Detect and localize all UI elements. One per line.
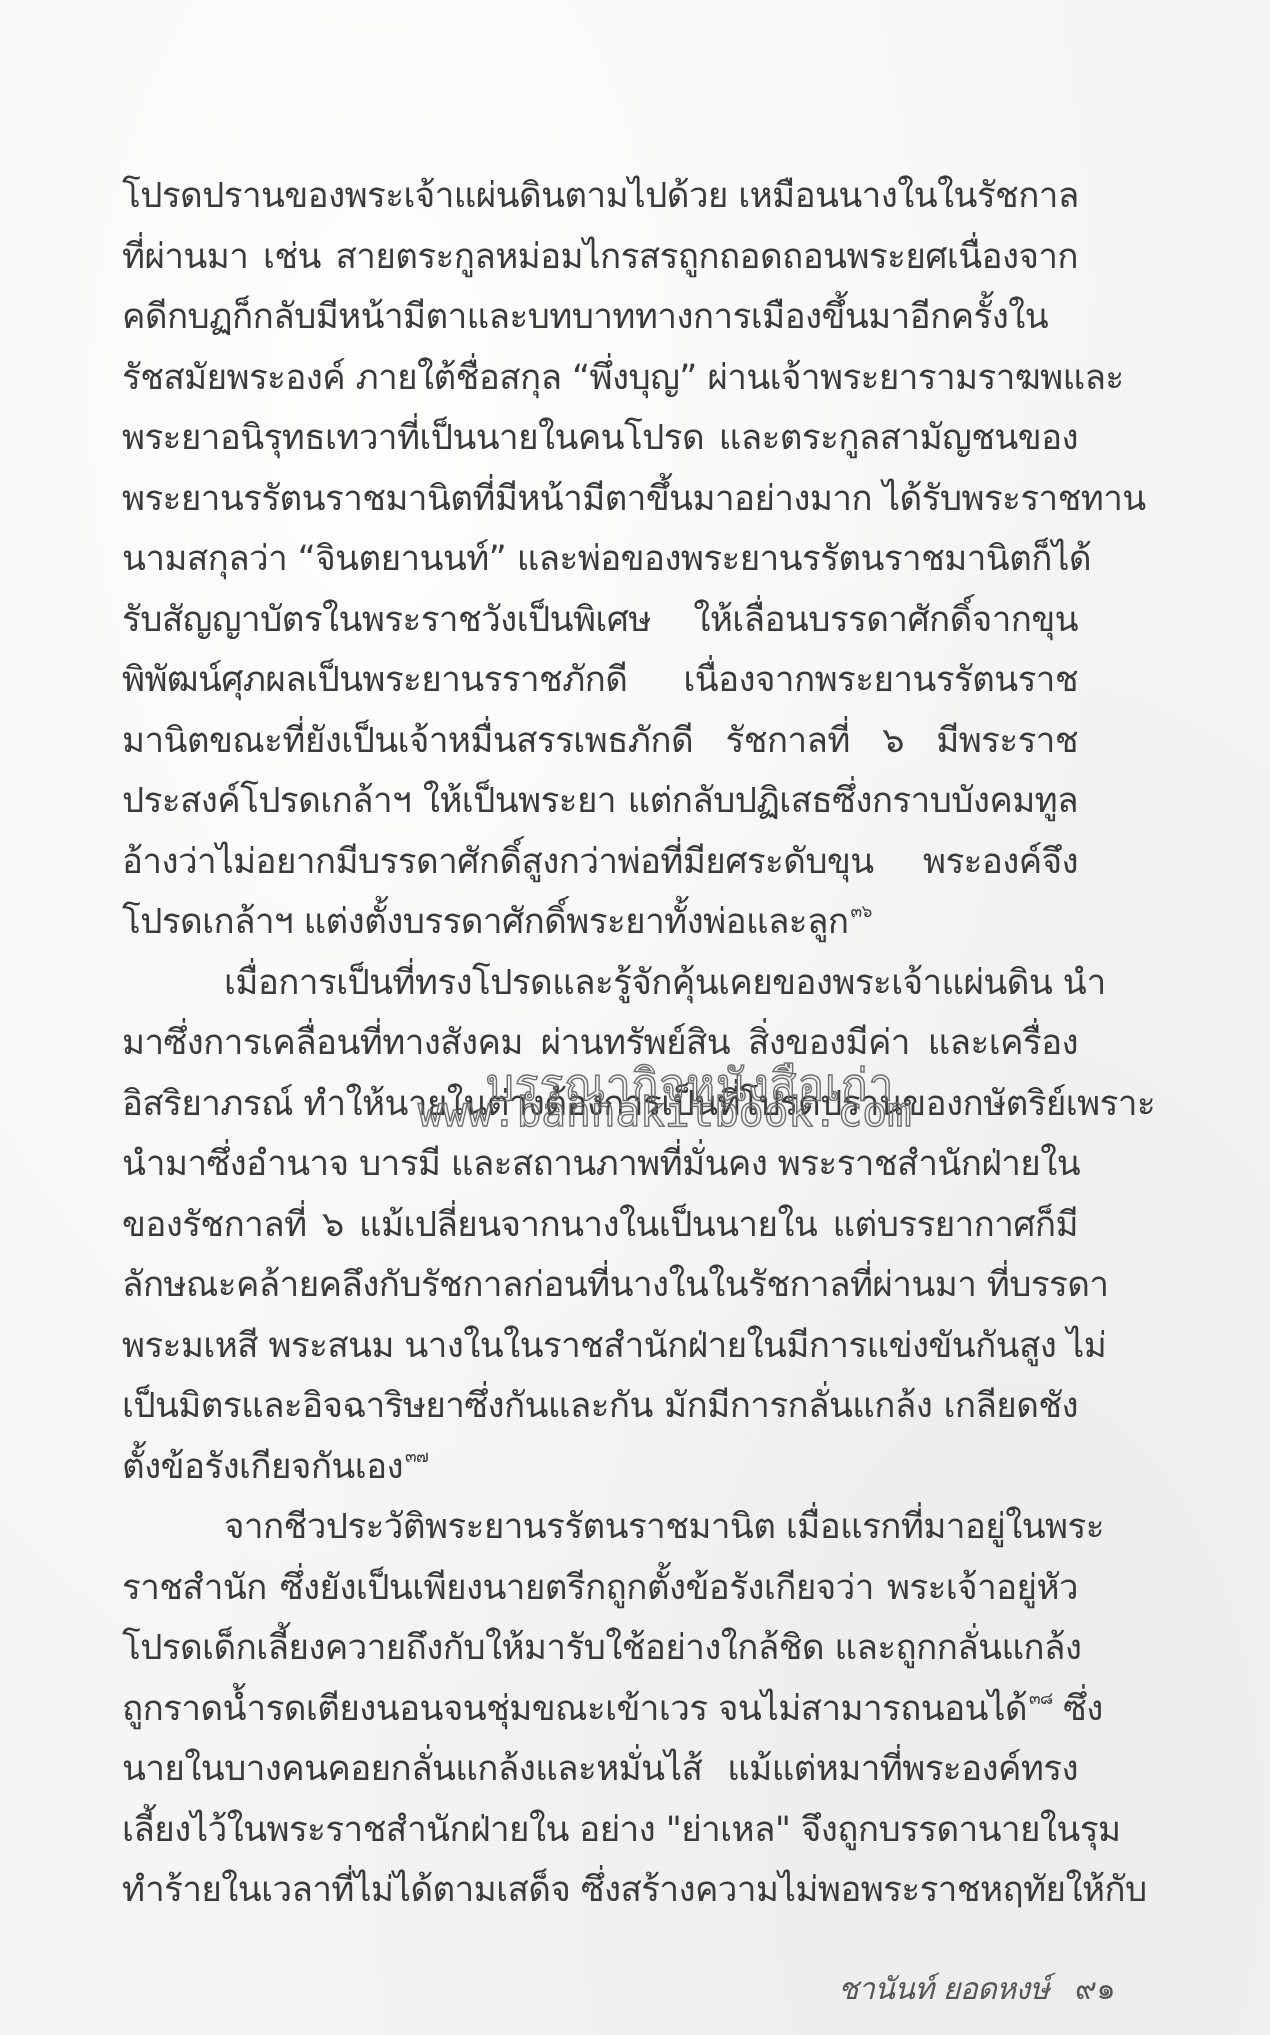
- text-line: ของรัชกาลที่ ๖ แม้เปลี่ยนจากนางในเป็นนาย…: [122, 1195, 1078, 1256]
- text-line: ประสงค์โปรดเกล้าฯ ให้เป็นพระยา แต่กลับปฏ…: [122, 771, 1078, 832]
- text-line: พระยาอนิรุทธเทวาที่เป็นนายในคนโปรด และตร…: [122, 408, 1078, 469]
- text-line: ราชสำนัก ซึ่งยังเป็นเพียงนายตรีกถูกตั้งข…: [122, 1558, 1078, 1619]
- footnote-marker: ๓๖: [850, 902, 871, 922]
- line-text: ตั้งข้อรังเกียจกันเอง: [122, 1447, 403, 1487]
- text-line: เป็นมิตรและอิจฉาริษยาซึ่งกันและกัน มักมี…: [122, 1376, 1078, 1437]
- footnote-marker: ๓๘: [1029, 1689, 1053, 1709]
- line-text: นามสกุลว่า “จินตยานนท์” และพ่อของพระยานร…: [122, 539, 1091, 579]
- text-line: โปรดปรานของพระเจ้าแผ่นดินตามไปด้วย เหมือ…: [122, 166, 1078, 227]
- paragraph-first-line: เมื่อการเป็นที่ทรงโปรดและรู้จักคุ้นเคยขอ…: [122, 953, 1078, 1014]
- text-line: ถูกราดน้ำรดเตียงนอนจนชุ่มขณะเข้าเวร จนไม…: [122, 1679, 1078, 1740]
- line-text: จากชีวประวัติพระยานรรัตนราชมานิต เมื่อแร…: [224, 1507, 1104, 1547]
- line-text: ลักษณะคล้ายคลึงกับรัชกาลก่อนที่นางในในรั…: [122, 1265, 1108, 1305]
- text-line: ลักษณะคล้ายคลึงกับรัชกาลก่อนที่นางในในรั…: [122, 1255, 1078, 1316]
- text-line: พิพัฒน์ศุภผลเป็นพระยานรราชภักดี เนื่องจา…: [122, 650, 1078, 711]
- text-line: คดีกบฏก็กลับมีหน้ามีตาและบทบาททางการเมือ…: [122, 287, 1078, 348]
- text-line: เลี้ยงไว้ในพระราชสำนักฝ่ายใน อย่าง "ย่าเ…: [122, 1800, 1078, 1861]
- line-text: เลี้ยงไว้ในพระราชสำนักฝ่ายใน อย่าง "ย่าเ…: [122, 1810, 1120, 1850]
- text-line: โปรดเด็กเลี้ยงควายถึงกับให้มารับใช้อย่าง…: [122, 1618, 1078, 1679]
- line-text: พระยานรรัตนราชมานิตที่มีหน้ามีตาขึ้นมาอย…: [122, 479, 1146, 519]
- line-text: ประสงค์โปรดเกล้าฯ ให้เป็นพระยา แต่กลับปฏ…: [122, 781, 1078, 821]
- text-line: นายในบางคนคอยกลั่นแกล้งและหมั่นไส้ แม้แต…: [122, 1739, 1078, 1800]
- text-line: มานิตขณะที่ยังเป็นเจ้าหมื่นสรรเพธภักดี ร…: [122, 711, 1078, 772]
- line-text: ถูกราดน้ำรดเตียงนอนจนชุ่มขณะเข้าเวร จนไม…: [122, 1689, 1027, 1729]
- line-text: รัชสมัยพระองค์ ภายใต้ชื่อสกุล “พึ่งบุญ” …: [122, 358, 1124, 398]
- line-text: โปรดเด็กเลี้ยงควายถึงกับให้มารับใช้อย่าง…: [122, 1628, 1081, 1668]
- footnote-marker: ๓๗: [405, 1447, 428, 1467]
- line-text: มานิตขณะที่ยังเป็นเจ้าหมื่นสรรเพธภักดี ร…: [122, 721, 1078, 761]
- line-text: ของรัชกาลที่ ๖ แม้เปลี่ยนจากนางในเป็นนาย…: [122, 1205, 1078, 1245]
- text-line: รัชสมัยพระองค์ ภายใต้ชื่อสกุล “พึ่งบุญ” …: [122, 348, 1078, 409]
- text-line: พระมเหสี พระสนม นางในในราชสำนักฝ่ายในมีก…: [122, 1316, 1078, 1377]
- line-text-tail: ซึ่ง: [1053, 1689, 1103, 1729]
- text-line: มาซึ่งการเคลื่อนที่ทางสังคม ผ่านทรัพย์สิ…: [122, 1013, 1078, 1074]
- running-author: ชานันท์ ยอดหงษ์: [838, 1972, 1049, 2007]
- line-text: นำมาซึ่งอำนาจ บารมี และสถานภาพที่มั่นคง …: [122, 1144, 1080, 1184]
- page-footer: ชานันท์ ยอดหงษ์๙๑: [838, 1966, 1115, 2013]
- line-text: มาซึ่งการเคลื่อนที่ทางสังคม ผ่านทรัพย์สิ…: [122, 1023, 1078, 1063]
- line-text: ที่ผ่านมา เช่น สายตระกูลหม่อมไกรสรถูกถอด…: [122, 237, 1078, 277]
- body-text: โปรดปรานของพระเจ้าแผ่นดินตามไปด้วย เหมือ…: [122, 166, 1078, 1921]
- page-number: ๙๑: [1075, 1972, 1115, 2007]
- line-text: คดีกบฏก็กลับมีหน้ามีตาและบทบาททางการเมือ…: [122, 297, 1048, 337]
- text-line: ทำร้ายในเวลาที่ไม่ได้ตามเสด็จ ซึ่งสร้างค…: [122, 1860, 1078, 1921]
- line-text: รับสัญญาบัตรในพระราชวังเป็นพิเศษ ให้เลื่…: [122, 600, 1078, 640]
- text-line: พระยานรรัตนราชมานิตที่มีหน้ามีตาขึ้นมาอย…: [122, 469, 1078, 530]
- line-text: พระมเหสี พระสนม นางในในราชสำนักฝ่ายในมีก…: [122, 1326, 1106, 1366]
- line-text: ราชสำนัก ซึ่งยังเป็นเพียงนายตรีกถูกตั้งข…: [122, 1568, 1078, 1608]
- line-text: เป็นมิตรและอิจฉาริษยาซึ่งกันและกัน มักมี…: [122, 1386, 1078, 1426]
- text-line: นามสกุลว่า “จินตยานนท์” และพ่อของพระยานร…: [122, 529, 1078, 590]
- text-line: นำมาซึ่งอำนาจ บารมี และสถานภาพที่มั่นคง …: [122, 1134, 1078, 1195]
- line-text: พิพัฒน์ศุภผลเป็นพระยานรราชภักดี เนื่องจา…: [122, 660, 1078, 700]
- line-text: อิสริยาภรณ์ ทำให้นายในต่างต้องการเป็นที่…: [122, 1084, 1155, 1124]
- line-text: พระยาอนิรุทธเทวาที่เป็นนายในคนโปรด และตร…: [122, 418, 1078, 458]
- line-text: อ้างว่าไม่อยากมีบรรดาศักดิ์สูงกว่าพ่อที่…: [122, 842, 1078, 882]
- line-text: เมื่อการเป็นที่ทรงโปรดและรู้จักคุ้นเคยขอ…: [224, 963, 1106, 1003]
- text-line: ที่ผ่านมา เช่น สายตระกูลหม่อมไกรสรถูกถอด…: [122, 227, 1078, 288]
- text-line: ตั้งข้อรังเกียจกันเอง๓๗: [122, 1437, 1078, 1498]
- text-line: อิสริยาภรณ์ ทำให้นายในต่างต้องการเป็นที่…: [122, 1074, 1078, 1135]
- line-text: ทำร้ายในเวลาที่ไม่ได้ตามเสด็จ ซึ่งสร้างค…: [122, 1870, 1147, 1910]
- text-line: รับสัญญาบัตรในพระราชวังเป็นพิเศษ ให้เลื่…: [122, 590, 1078, 651]
- line-text: โปรดเกล้าฯ แต่งตั้งบรรดาศักดิ์พระยาทั้งพ…: [122, 902, 848, 942]
- text-line: โปรดเกล้าฯ แต่งตั้งบรรดาศักดิ์พระยาทั้งพ…: [122, 892, 1078, 953]
- line-text: นายในบางคนคอยกลั่นแกล้งและหมั่นไส้ แม้แต…: [122, 1749, 1078, 1789]
- text-line: อ้างว่าไม่อยากมีบรรดาศักดิ์สูงกว่าพ่อที่…: [122, 832, 1078, 893]
- paragraph-first-line: จากชีวประวัติพระยานรรัตนราชมานิต เมื่อแร…: [122, 1497, 1078, 1558]
- line-text: โปรดปรานของพระเจ้าแผ่นดินตามไปด้วย เหมือ…: [122, 176, 1079, 216]
